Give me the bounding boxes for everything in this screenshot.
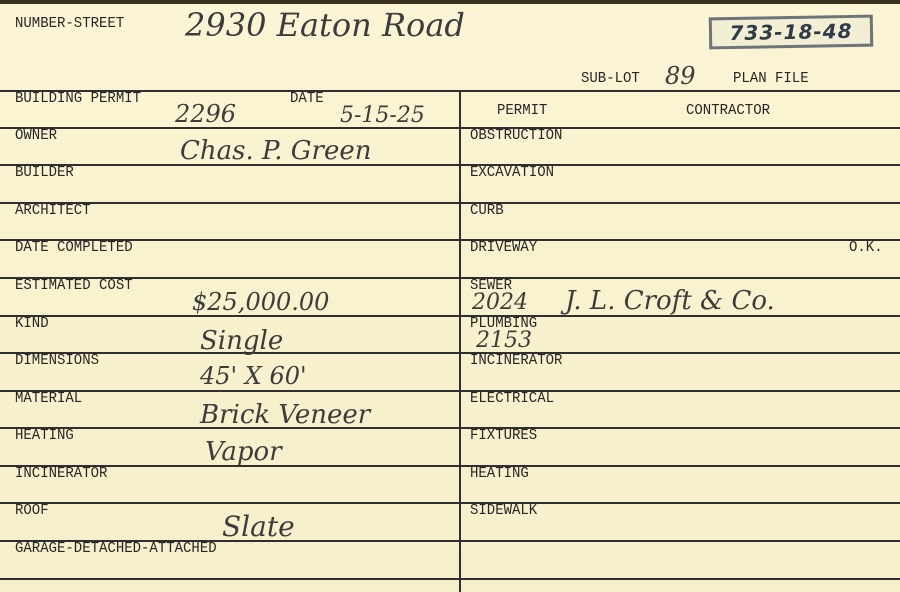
stamp-number: 733-18-48 xyxy=(709,15,874,50)
rule xyxy=(0,352,900,354)
rule xyxy=(0,239,900,241)
kind-label: KIND xyxy=(15,316,49,333)
rule xyxy=(0,578,900,580)
rule xyxy=(0,277,900,279)
rule xyxy=(0,427,900,429)
owner-label: OWNER xyxy=(15,128,57,145)
architect-label: ARCHITECT xyxy=(15,203,91,220)
rule xyxy=(0,164,900,166)
driveway-value: O.K. xyxy=(849,240,883,257)
kind-value: Single xyxy=(200,326,283,356)
electrical-label: ELECTRICAL xyxy=(470,391,554,408)
building-permit-value: 2296 xyxy=(175,100,236,128)
date-value: 5-15-25 xyxy=(340,103,425,128)
owner-value: Chas. P. Green xyxy=(180,136,371,166)
dimensions-label: DIMENSIONS xyxy=(15,353,99,370)
sewer-value: 2024 xyxy=(472,290,528,315)
material-label: MATERIAL xyxy=(15,391,82,408)
sub-lot-value: 89 xyxy=(665,62,696,90)
estimated-cost-value: $25,000.00 xyxy=(192,288,329,316)
heating-value: Vapor xyxy=(205,437,282,467)
material-value: Brick Veneer xyxy=(200,400,370,430)
estimated-cost-label: ESTIMATED COST xyxy=(15,278,133,295)
sidewalk-label: SIDEWALK xyxy=(470,503,537,520)
rule xyxy=(0,127,900,129)
date-completed-label: DATE COMPLETED xyxy=(15,240,133,257)
building-permit-label: BUILDING PERMIT xyxy=(15,91,141,108)
dimensions-value: 45' X 60' xyxy=(200,362,307,390)
date-label: DATE xyxy=(290,91,324,108)
card-top-edge xyxy=(0,0,900,4)
rule xyxy=(0,202,900,204)
roof-label: ROOF xyxy=(15,503,49,520)
incinerator-permit-label: INCINERATOR xyxy=(470,353,562,370)
garage-label: GARAGE-DETACHED-ATTACHED xyxy=(15,541,217,558)
obstruction-label: OBSTRUCTION xyxy=(470,128,562,145)
sub-lot-label: SUB-LOT xyxy=(581,71,640,88)
plumbing-value: 2153 xyxy=(476,328,532,353)
heating-permit-label: HEATING xyxy=(470,466,529,483)
rule xyxy=(0,465,900,467)
roof-value: Slate xyxy=(222,510,295,543)
rule xyxy=(0,390,900,392)
plan-file-label: PLAN FILE xyxy=(733,71,809,88)
contractor-header: CONTRACTOR xyxy=(686,103,770,120)
number-street-label: NUMBER-STREET xyxy=(15,16,124,33)
column-divider xyxy=(459,90,461,592)
incinerator-label: INCINERATOR xyxy=(15,466,107,483)
excavation-label: EXCAVATION xyxy=(470,165,554,182)
sewer-contractor: J. L. Croft & Co. xyxy=(565,286,775,316)
number-street-value: 2930 Eaton Road xyxy=(185,6,465,44)
permit-header: PERMIT xyxy=(497,103,547,120)
permit-card: NUMBER-STREET 2930 Eaton Road 733-18-48 … xyxy=(0,0,900,592)
rule xyxy=(0,502,900,504)
curb-label: CURB xyxy=(470,203,504,220)
driveway-label: DRIVEWAY xyxy=(470,240,537,257)
builder-label: BUILDER xyxy=(15,165,74,182)
heating-label: HEATING xyxy=(15,428,74,445)
fixtures-label: FIXTURES xyxy=(470,428,537,445)
